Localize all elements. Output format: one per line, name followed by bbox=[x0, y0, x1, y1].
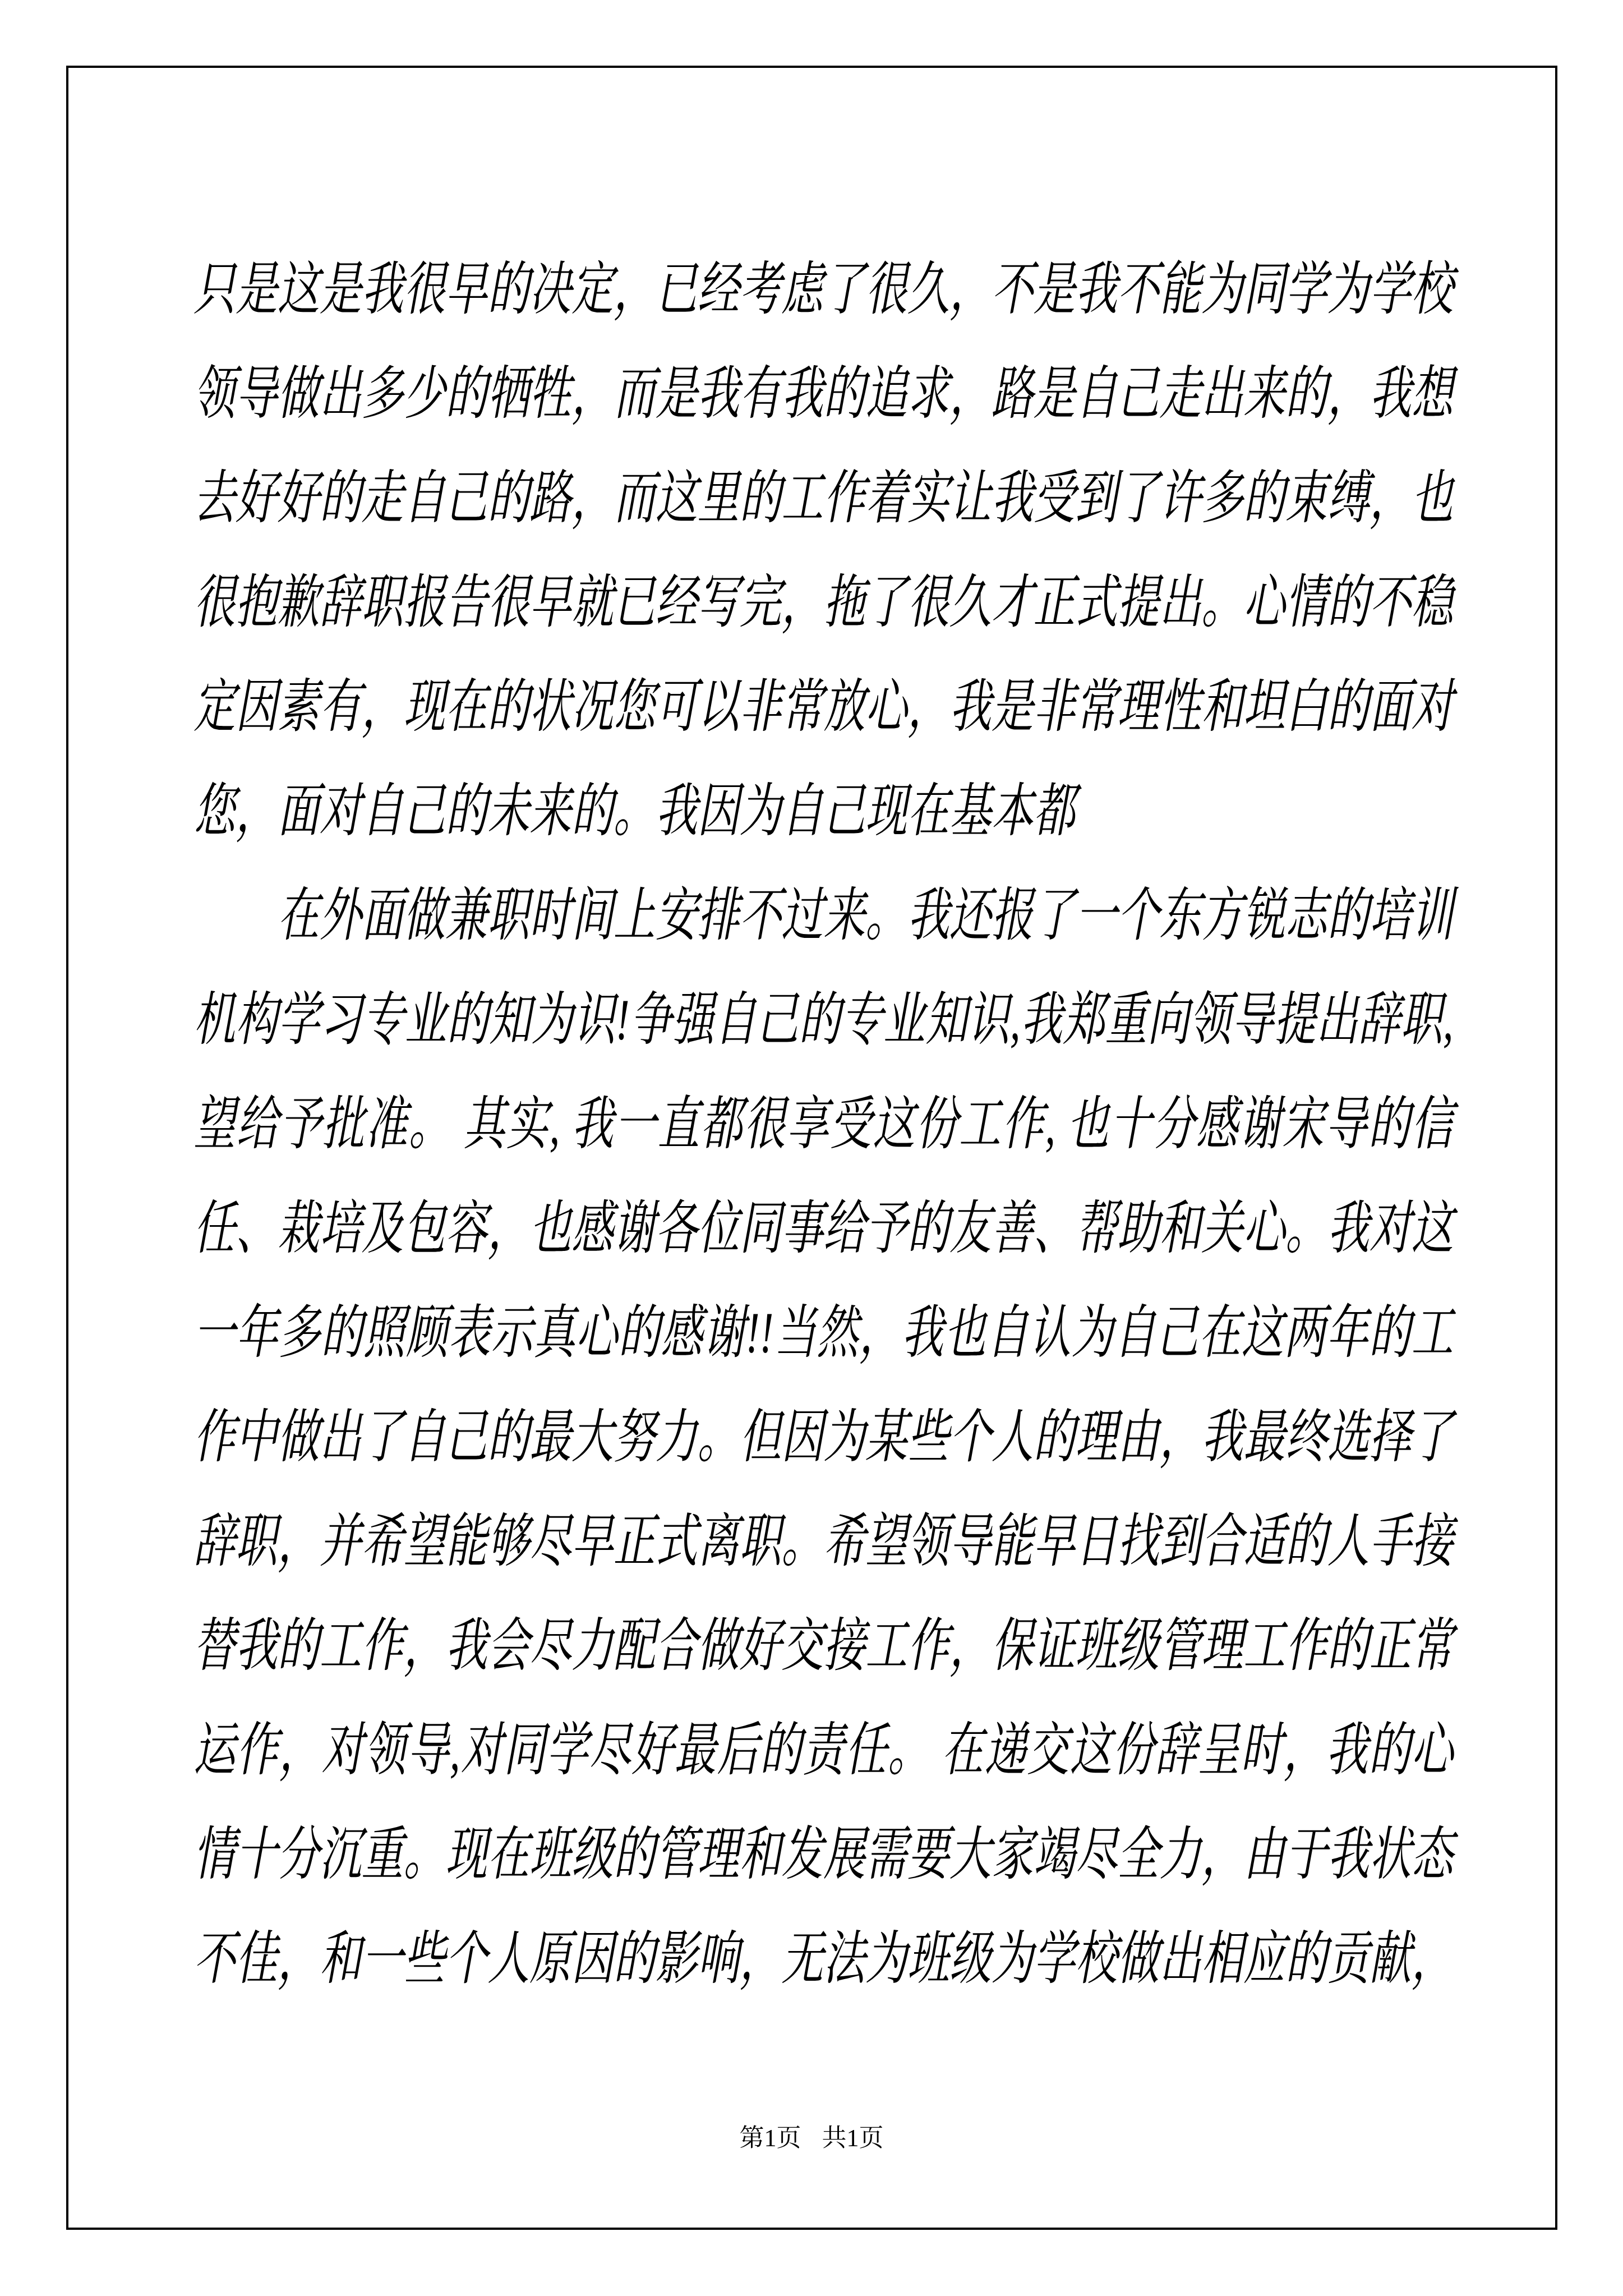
text-line: 在外面做兼职时间上安排不过来。我还报了一个东方锐志的培训 bbox=[193, 864, 1453, 968]
text-line: 望给予批准。 其实, 我一直都很享受这份工作, 也十分感谢宋导的信 bbox=[193, 1073, 1453, 1177]
text-line: 一年多的照顾表示真心的感谢!!当然，我也自认为自己在这两年的工 bbox=[193, 1281, 1453, 1386]
text-line: 运作，对领导,对同学尽好最后的责任。 在递交这份辞呈时，我的心 bbox=[193, 1699, 1453, 1803]
text-line: 替我的工作，我会尽力配合做好交接工作，保证班级管理工作的正常 bbox=[193, 1594, 1453, 1699]
text-line: 情十分沉重。现在班级的管理和发展需要大家竭尽全力，由于我状态 bbox=[193, 1803, 1453, 1907]
document-body: 只是这是我很早的决定，已经考虑了很久，不是我不能为同学为学校 领导做出多少的牺牲… bbox=[193, 238, 1453, 2012]
text-line: 去好好的走自己的路，而这里的工作着实让我受到了许多的束缚，也 bbox=[193, 447, 1453, 551]
paragraph-1: 只是这是我很早的决定，已经考虑了很久，不是我不能为同学为学校 领导做出多少的牺牲… bbox=[193, 238, 1453, 864]
text-line: 定因素有，现在的状况您可以非常放心，我是非常理性和坦白的面对 bbox=[193, 655, 1453, 760]
document-page: { "document": { "paragraphs": [ { "lines… bbox=[0, 0, 1623, 2296]
text-line: 任、栽培及包容，也感谢各位同事给予的友善、帮助和关心。我对这 bbox=[193, 1177, 1453, 1281]
paragraph-2: 在外面做兼职时间上安排不过来。我还报了一个东方锐志的培训 机构学习专业的知为识!… bbox=[193, 864, 1453, 2012]
text-line: 机构学习专业的知为识!争强自己的专业知识,我郑重向领导提出辞职, bbox=[193, 968, 1453, 1073]
text-line: 领导做出多少的牺牲，而是我有我的追求，路是自己走出来的，我想 bbox=[193, 342, 1453, 447]
text-line: 只是这是我很早的决定，已经考虑了很久，不是我不能为同学为学校 bbox=[193, 238, 1453, 342]
text-line: 辞职，并希望能够尽早正式离职。希望领导能早日找到合适的人手接 bbox=[193, 1490, 1453, 1594]
text-line: 不佳，和一些个人原因的影响，无法为班级为学校做出相应的贡献， bbox=[193, 1907, 1453, 2012]
text-line: 您，面对自己的未来的。我因为自己现在基本都 bbox=[193, 760, 1453, 864]
page-number: 第1页 共1页 bbox=[0, 2122, 1623, 2155]
text-line: 作中做出了自己的最大努力。但因为某些个人的理由，我最终选择了 bbox=[193, 1386, 1453, 1490]
text-line: 很抱歉辞职报告很早就已经写完，拖了很久才正式提出。心情的不稳 bbox=[193, 551, 1453, 655]
